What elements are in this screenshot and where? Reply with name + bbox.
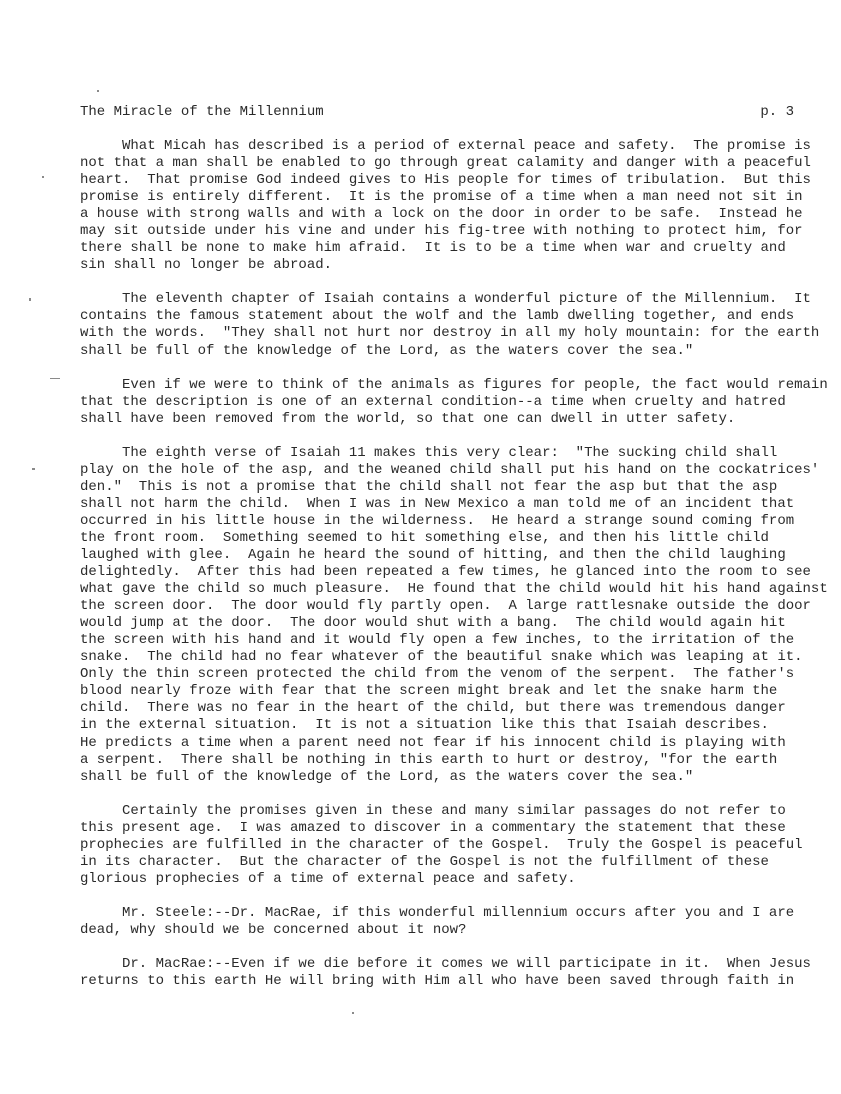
text-line: would jump at the door. The door would s… [80, 615, 828, 632]
text-line: shall not harm the child. When I was in … [80, 496, 828, 513]
text-line: The eighth verse of Isaiah 11 makes this… [80, 445, 828, 462]
text-line: He predicts a time when a parent need no… [80, 735, 828, 752]
text-line: den." This is not a promise that the chi… [80, 479, 828, 496]
paragraph-isaiah-eleven: The eleventh chapter of Isaiah contains … [80, 291, 828, 359]
text-line: Mr. Steele:--Dr. MacRae, if this wonderf… [80, 905, 828, 922]
text-line: contains the famous statement about the … [80, 308, 828, 325]
text-line: in the external situation. It is not a s… [80, 717, 828, 734]
text-line: shall be full of the knowledge of the Lo… [80, 769, 828, 786]
text-line: laughed with glee. Again he heard the so… [80, 547, 828, 564]
text-line: Certainly the promises given in these an… [80, 803, 828, 820]
text-line: shall have been removed from the world, … [80, 411, 828, 428]
scan-speck [42, 176, 44, 178]
text-line: shall be full of the knowledge of the Lo… [80, 343, 828, 360]
text-line: in its character. But the character of t… [80, 854, 828, 871]
text-line: Only the thin screen protected the child… [80, 666, 828, 683]
document-title: The Miracle of the Millennium [80, 104, 324, 121]
text-line: prophecies are fulfilled in the characte… [80, 837, 828, 854]
text-line: play on the hole of the asp, and the wea… [80, 462, 828, 479]
text-line: what gave the child so much pleasure. He… [80, 581, 828, 598]
paragraph-steele-question: Mr. Steele:--Dr. MacRae, if this wonderf… [80, 905, 828, 939]
paragraph-figures: Even if we were to think of the animals … [80, 377, 828, 428]
paragraph-micah: What Micah has described is a period of … [80, 138, 828, 274]
text-line: the front room. Something seemed to hit … [80, 530, 828, 547]
text-line: dead, why should we be concerned about i… [80, 922, 828, 939]
text-line: with the words. "They shall not hurt nor… [80, 325, 828, 342]
scan-speck [50, 378, 60, 379]
text-line: The eleventh chapter of Isaiah contains … [80, 291, 828, 308]
text-line: delightedly. After this had been repeate… [80, 564, 828, 581]
scan-speck [32, 468, 35, 470]
text-line: occurred in his little house in the wild… [80, 513, 828, 530]
scan-speck [352, 1012, 354, 1014]
text-line: this present age. I was amazed to discov… [80, 820, 828, 837]
text-line: child. There was no fear in the heart of… [80, 700, 828, 717]
text-line: may sit outside under his vine and under… [80, 223, 828, 240]
text-line: promise is entirely different. It is the… [80, 189, 828, 206]
paragraph-macrae-answer: Dr. MacRae:--Even if we die before it co… [80, 956, 828, 990]
text-line: heart. That promise God indeed gives to … [80, 172, 828, 189]
paragraph-present-age: Certainly the promises given in these an… [80, 803, 828, 888]
text-line: that the description is one of an extern… [80, 394, 828, 411]
text-line: the screen door. The door would fly part… [80, 598, 828, 615]
text-line: sin shall no longer be abroad. [80, 257, 828, 274]
text-line: snake. The child had no fear whatever of… [80, 649, 828, 666]
scan-speck [29, 298, 31, 301]
text-line: Even if we were to think of the animals … [80, 377, 828, 394]
text-line: Dr. MacRae:--Even if we die before it co… [80, 956, 828, 973]
text-line: the screen with his hand and it would fl… [80, 632, 828, 649]
scan-speck [97, 90, 99, 92]
text-line: a house with strong walls and with a loc… [80, 206, 828, 223]
page-number: p. 3 [760, 104, 794, 121]
text-line: a serpent. There shall be nothing in thi… [80, 752, 828, 769]
text-line: there shall be none to make him afraid. … [80, 240, 828, 257]
text-line: returns to this earth He will bring with… [80, 973, 828, 990]
text-line: glorious prophecies of a time of externa… [80, 871, 828, 888]
document-page: The Miracle of the Millennium p. 3 What … [0, 0, 841, 1094]
text-line: What Micah has described is a period of … [80, 138, 828, 155]
document-body: What Micah has described is a period of … [80, 138, 828, 1007]
text-line: blood nearly froze with fear that the sc… [80, 683, 828, 700]
text-line: not that a man shall be enabled to go th… [80, 155, 828, 172]
paragraph-eighth-verse: The eighth verse of Isaiah 11 makes this… [80, 445, 828, 786]
